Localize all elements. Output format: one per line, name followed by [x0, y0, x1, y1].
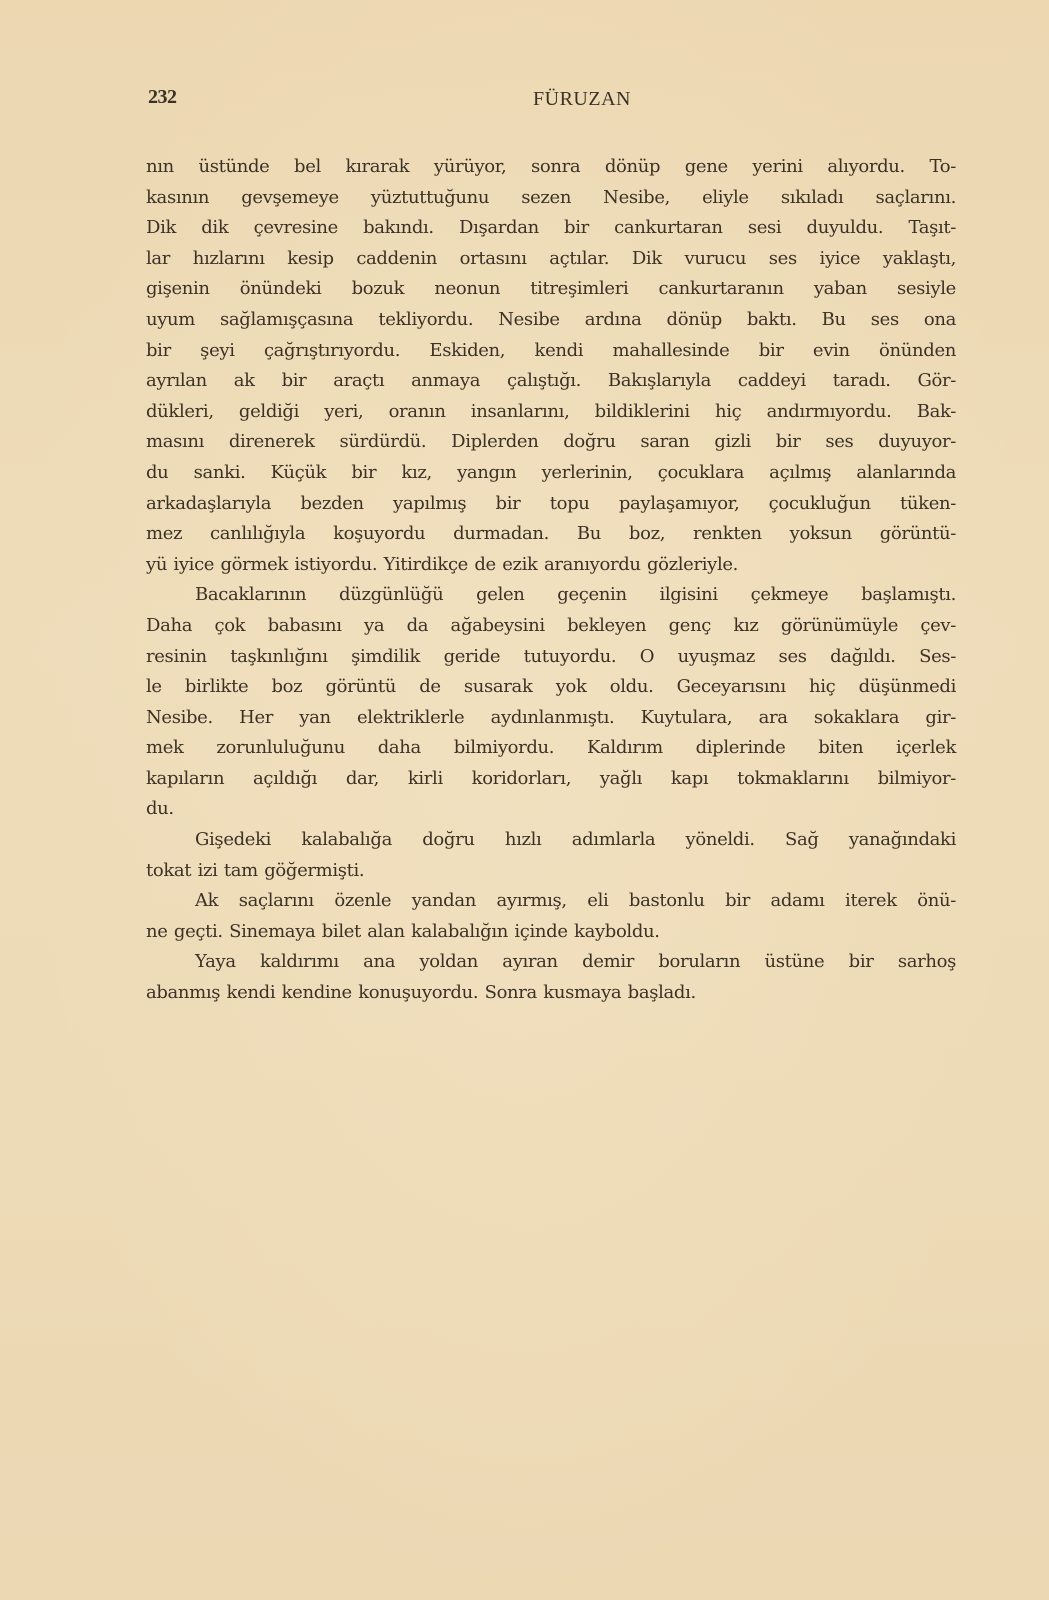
paragraph-first-line: Bacaklarının düzgünlüğü gelen geçenin il…	[146, 580, 956, 611]
text-line: du sanki. Küçük bir kız, yangın yerlerin…	[146, 458, 956, 489]
text-line: Dik dik çevresine bakındı. Dışardan bir …	[146, 213, 956, 244]
text-line: tokat izi tam göğermişti.	[146, 856, 956, 887]
text-line: ayrılan ak bir araçtı anmaya çalıştığı. …	[146, 366, 956, 397]
text-line: le birlikte boz görüntü de susarak yok o…	[146, 672, 956, 703]
text-line: lar hızlarını kesip caddenin ortasını aç…	[146, 244, 956, 275]
running-title: FÜRUZAN	[148, 88, 956, 111]
paragraph-first-line: Gişedeki kalabalığa doğru hızlı adımlarl…	[146, 825, 956, 856]
book-page: 232 FÜRUZAN nın üstünde bel kırarak yürü…	[0, 0, 1049, 1600]
text-line: kapıların açıldığı dar, kirli koridorlar…	[146, 764, 956, 795]
text-line: gişenin önündeki bozuk neonun titreşimle…	[146, 274, 956, 305]
text-line: Daha çok babasını ya da ağabeysini bekle…	[146, 611, 956, 642]
text-line: uyum sağlamışçasına tekliyordu. Nesibe a…	[146, 305, 956, 336]
text-line: dükleri, geldiği yeri, oranın insanların…	[146, 397, 956, 428]
text-line: du.	[146, 794, 956, 825]
text-line: abanmış kendi kendine konuşuyordu. Sonra…	[146, 978, 956, 1009]
text-line: masını direnerek sürdürdü. Diplerden doğ…	[146, 427, 956, 458]
text-line: bir şeyi çağrıştırıyordu. Eskiden, kendi…	[146, 336, 956, 367]
text-line: mek zorunluluğunu daha bilmiyordu. Kaldı…	[146, 733, 956, 764]
text-line: kasının gevşemeye yüztuttuğunu sezen Nes…	[146, 183, 956, 214]
text-line: nın üstünde bel kırarak yürüyor, sonra d…	[146, 152, 956, 183]
text-line: ne geçti. Sinemaya bilet alan kalabalığı…	[146, 917, 956, 948]
paragraph-first-line: Ak saçlarını özenle yandan ayırmış, eli …	[146, 886, 956, 917]
text-line: resinin taşkınlığını şimdilik geride tut…	[146, 642, 956, 673]
text-line: yü iyice görmek istiyordu. Yitirdikçe de…	[146, 550, 956, 581]
running-head: 232 FÜRUZAN	[148, 86, 956, 116]
text-line: Nesibe. Her yan elektriklerle aydınlanmı…	[146, 703, 956, 734]
paragraph-first-line: Yaya kaldırımı ana yoldan ayıran demir b…	[146, 947, 956, 978]
text-line: arkadaşlarıyla bezden yapılmış bir topu …	[146, 489, 956, 520]
text-line: mez canlılığıyla koşuyordu durmadan. Bu …	[146, 519, 956, 550]
body-text: nın üstünde bel kırarak yürüyor, sonra d…	[146, 152, 956, 1009]
